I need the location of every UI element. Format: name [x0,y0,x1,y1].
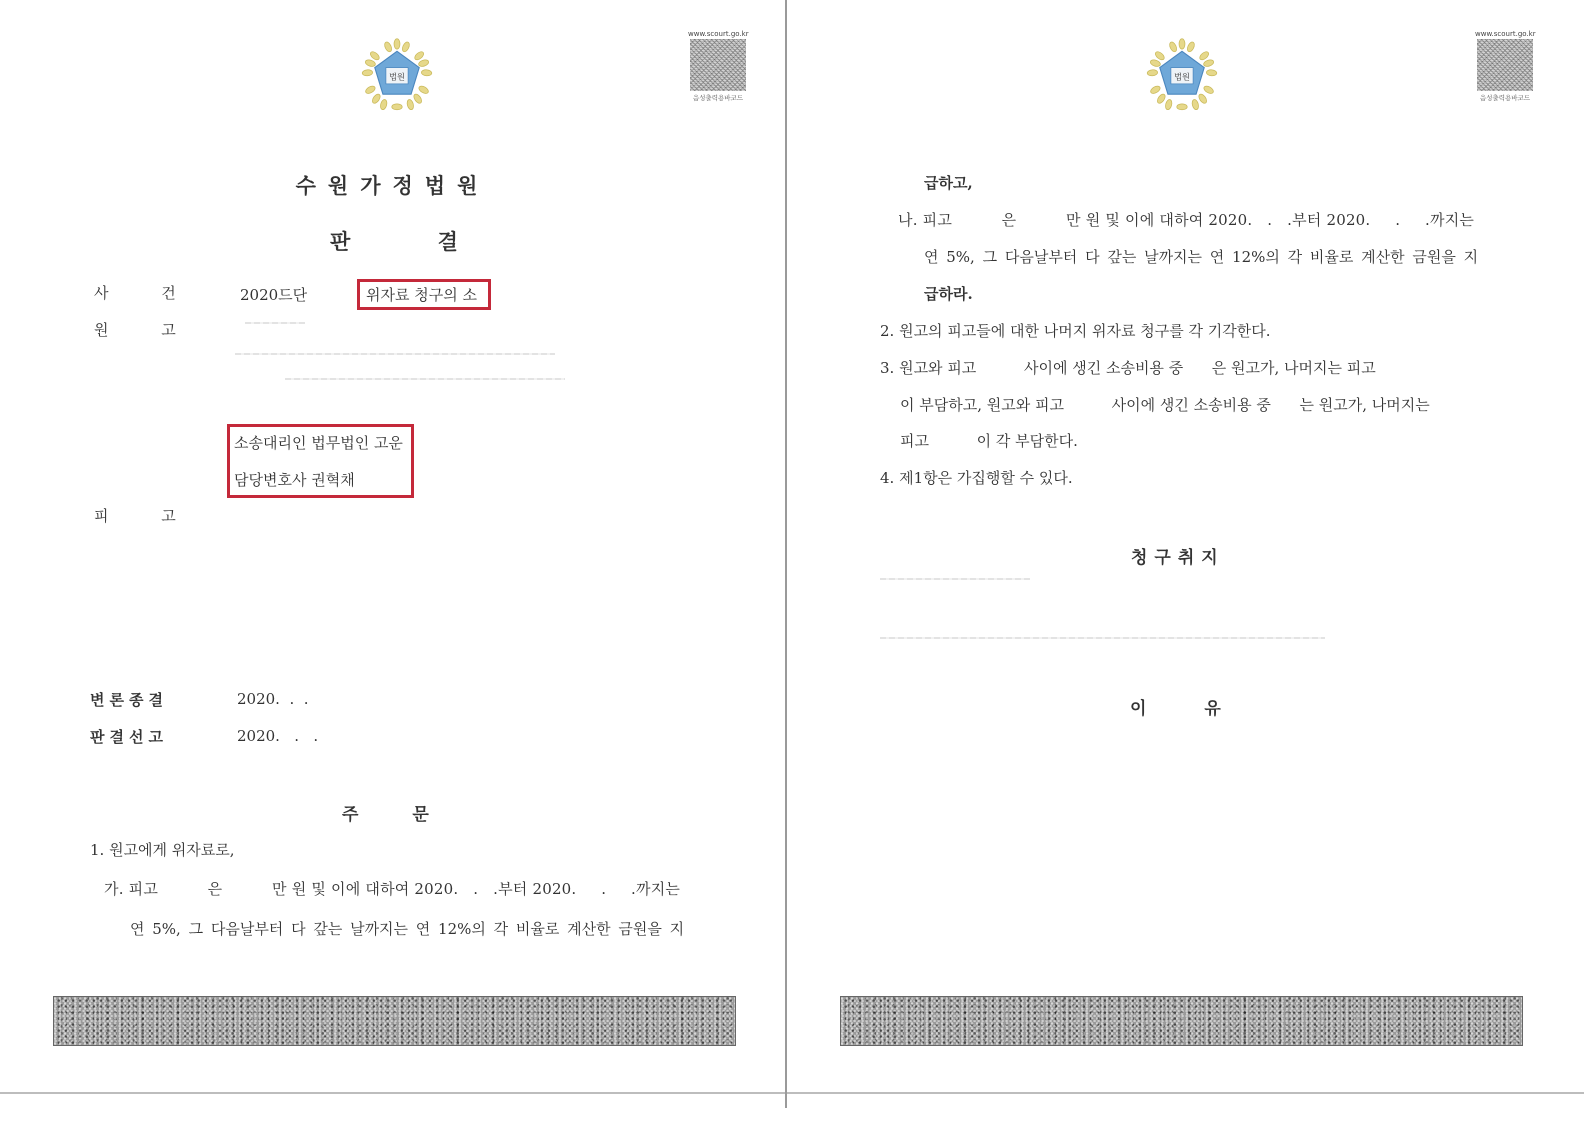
court-name: 수원가정법원 [0,170,785,200]
order-heading: 주 문 [342,800,429,825]
barcode-caption: 음성출력용바코드 [688,93,748,102]
case-title: 위자료 청구의 소 [366,284,477,305]
order-item: 2. 원고의 피고들에 대한 나머지 위자료 청구를 각 기각한다. [880,320,1271,341]
reason-heading: 이 유 [1130,694,1221,719]
defendant-label: 피 고 [94,505,176,526]
security-band [840,996,1523,1046]
claim-heading: 청구취지 [1131,543,1225,568]
order-item: 3. 원고와 피고 사이에 생긴 소송비용 중 은 원고가, 나머지는 피고 [880,357,1376,378]
redacted-text [245,322,305,324]
court-emblem-icon: 법원 [360,38,434,112]
court-emblem-icon: 법원 [1145,38,1219,112]
qr-barcode-icon [690,39,746,91]
counsel-attorney: 담당변호사 권혁채 [234,469,355,490]
qr-barcode: www.scourt.go.kr 음성출력용바코드 [688,30,748,102]
closing-argument-label: 변론종결 [90,689,168,710]
counsel-firm: 소송대리인 법무법인 고운 [234,432,403,453]
qr-barcode: www.scourt.go.kr 음성출력용바코드 [1475,30,1535,102]
security-band [53,996,736,1046]
case-label: 사 건 [94,282,176,303]
order-item: 연 5%, 그 다음날부터 다 갚는 날까지는 연 12%의 각 비율로 계산한… [130,918,684,939]
case-number: 2020드단 [240,284,307,305]
order-item: 급하라. [924,283,973,304]
order-item: 피고 이 각 부담한다. [900,430,1078,451]
closing-argument-date: 2020. . . [237,690,309,708]
order-item: 가. 피고 은 만 원 및 이에 대하여 2020. . .부터 2020. .… [104,878,680,899]
svg-text:법원: 법원 [389,71,405,81]
order-item: 나. 피고 은 만 원 및 이에 대하여 2020. . .부터 2020. .… [898,209,1474,230]
court-url: www.scourt.go.kr [688,30,748,38]
document-type: 판 결 [330,226,458,256]
judgment-page-2: 법원 www.scourt.go.kr 음성출력용바코드 급하고, 나. 피고 … [787,0,1584,1108]
plaintiff-label: 원 고 [94,319,176,340]
order-item: 연 5%, 그 다음날부터 다 갚는 날까지는 연 12%의 각 비율로 계산한… [924,246,1478,267]
judgment-page-1: 법원 www.scourt.go.kr 음성출력용바코드 수원가정법원 판 결 … [0,0,787,1108]
order-item: 1. 원고에게 위자료로, [90,839,235,860]
redacted-text [235,353,555,355]
redacted-text [880,578,1030,580]
judgment-date: 2020. . . [237,727,318,745]
order-item: 이 부담하고, 원고와 피고 사이에 생긴 소송비용 중 는 원고가, 나머지는 [900,394,1430,415]
judgment-date-label: 판결선고 [90,726,168,747]
barcode-caption: 음성출력용바코드 [1475,93,1535,102]
redacted-text [285,378,565,380]
qr-barcode-icon [1477,39,1533,91]
order-item: 급하고, [924,172,973,193]
svg-text:법원: 법원 [1174,71,1190,81]
page-edge [787,1092,1584,1108]
redacted-text [880,637,1325,639]
court-url: www.scourt.go.kr [1475,30,1535,38]
page-edge [0,1092,785,1108]
order-item: 4. 제1항은 가집행할 수 있다. [880,467,1073,488]
